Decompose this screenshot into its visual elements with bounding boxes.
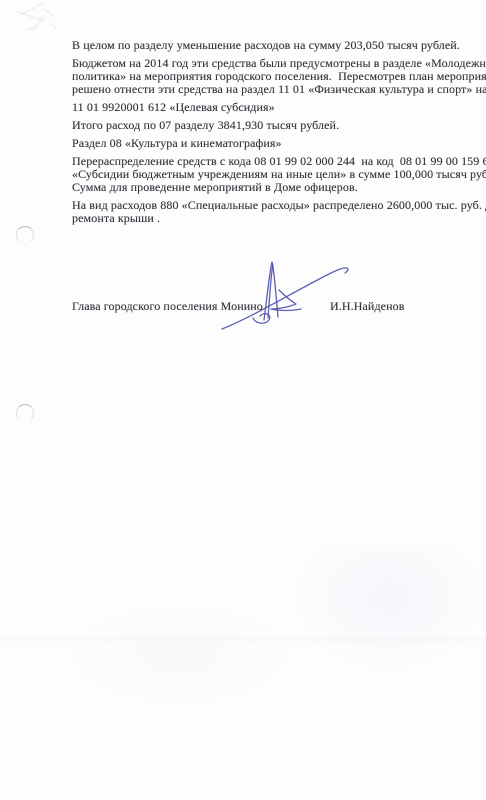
hole-punch-mark-bottom — [16, 404, 34, 422]
scanned-document-page: В целом по разделу уменьшение расходов н… — [0, 0, 486, 800]
document-body: В целом по разделу уменьшение расходов н… — [72, 39, 452, 230]
paragraph-section-08-title: Раздел 08 «Культура и кинематография» — [72, 137, 452, 150]
handwritten-signature — [215, 256, 360, 336]
hole-punch-mark-top — [16, 226, 34, 244]
signatory-title: Глава городского поселения Монино — [72, 300, 263, 313]
scan-band-artifact — [0, 636, 486, 646]
paragraph-budget-2014: Бюджетом на 2014 год эти средства были п… — [72, 57, 452, 96]
paragraph-special-expenses: На вид расходов 880 «Специальные расходы… — [72, 199, 452, 225]
paragraph-total-section-07: Итого расход по 07 разделу 3841,930 тыся… — [72, 119, 452, 132]
paragraph-target-subsidy-code: 11 01 9920001 612 «Целевая субсидия» — [72, 101, 452, 114]
pencil-smudge-artifact — [6, 2, 70, 42]
scan-shading-artifact — [290, 545, 486, 675]
scan-shading-artifact — [60, 600, 300, 710]
paragraph-total-decrease: В целом по разделу уменьшение расходов н… — [72, 39, 452, 52]
signature-row: Глава городского поселения Монино И.Н.На… — [72, 300, 428, 316]
signatory-name: И.Н.Найденов — [330, 300, 404, 313]
paragraph-redistribution: Перераспределение средств с кода 08 01 9… — [72, 155, 452, 194]
